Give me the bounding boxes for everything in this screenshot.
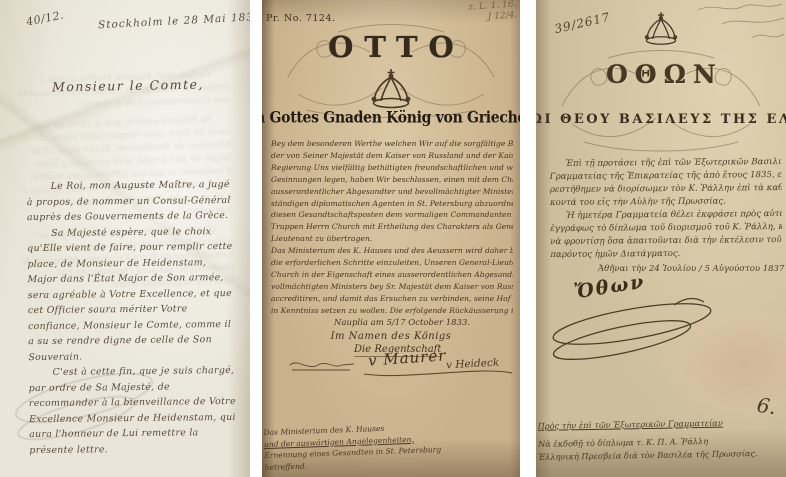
script-line: ρεστήθημεν νὰ διορίσωμεν τὸν Κ. Ῥάλλην ἐ… bbox=[550, 182, 782, 197]
docket-footer: Das Ministerium des K. Hausesund der aus… bbox=[263, 421, 441, 473]
script-line: νὰ φροντίσῃ ὅσα ἀπαιτοῦνται διὰ τὴν ἐκτέ… bbox=[550, 234, 782, 249]
script-line: Regierung Uns vielfältig bethätigten fre… bbox=[271, 162, 513, 174]
ink-margin-mark: 6. bbox=[755, 393, 777, 419]
signature-bleedthrough-flourish bbox=[4, 348, 164, 458]
decree-body: Bey dem besonderen Werthe welchen Wir au… bbox=[271, 138, 513, 317]
signature-flourish-loops bbox=[544, 292, 719, 367]
royal-name-title: OTTO bbox=[262, 30, 520, 64]
archival-ref-number: 40/12. bbox=[25, 8, 65, 28]
archival-ref-number: 39/2617 bbox=[553, 10, 612, 36]
fraktur-heading: on Gottes Gnaden König von Griechen bbox=[262, 109, 520, 127]
script-line: in Kenntniss setzen zu wollen. Die erfol… bbox=[271, 305, 513, 317]
docket-footer: Πρὸς τὴν ἐπὶ τῶν Ἐξωτερικῶν ΓραμματείανΝ… bbox=[538, 416, 758, 464]
script-line: Bey dem besonderen Werthe welchen Wir au… bbox=[271, 138, 513, 150]
docket-line: Ἑλληνικὴ Πρεσβεία διὰ τὸν Βασιλέα τῆς Πρ… bbox=[538, 447, 758, 464]
document-greek-decree: 39/2617 bbox=[536, 0, 786, 477]
greek-royal-style-heading: ΕΩΙ ΘΕΟΥ ΒΑΣΙΛΕΥΣ ΤΗΣ ΕΛΛ bbox=[536, 112, 786, 127]
royal-crown-icon bbox=[636, 8, 686, 48]
script-line: Lieutenant zu übertragen. bbox=[271, 233, 513, 245]
script-line: accreditiren, und damit das Ersuchen zu … bbox=[271, 293, 513, 305]
letter-paragraph: Le Roi, mon Auguste Maître, a jugé à pro… bbox=[27, 177, 235, 226]
script-line: Gesinnungen legen, haben Wir beschlossen… bbox=[271, 174, 513, 186]
registry-annotation: z. L. 1. 16.J 12/4. bbox=[468, 0, 517, 25]
decree-dateline: Nauplia am 5/17 October 1833. bbox=[334, 318, 470, 328]
script-line: Das Ministerium des K. Hauses und des Ae… bbox=[271, 245, 513, 257]
script-line: παρόντος ἡμῶν Διατάγματος. bbox=[550, 247, 782, 262]
countersignature-scribble bbox=[288, 356, 360, 374]
closing-im-namen: Im Namen des Königs bbox=[262, 331, 520, 342]
handwritten-annotation-scribble bbox=[694, 0, 786, 50]
royal-name-title: ΟΘΩΝ bbox=[536, 60, 786, 89]
letter-dateline: Stockholm le 28 Mai 1833. bbox=[98, 11, 250, 32]
script-line: vollmächtigten Ministers bey Sr. Majestä… bbox=[271, 281, 513, 293]
script-line: ständigen diplomatischen Agenten in St. … bbox=[271, 198, 513, 210]
script-line: ausserordentlicher Abgesandter und bevol… bbox=[271, 186, 513, 198]
script-line: Truppen Herrn Church mit Ertheilung des … bbox=[271, 221, 513, 233]
script-line: die erforderlichen Schritte einzuleiten,… bbox=[271, 257, 513, 269]
docket-line: Πρὸς τὴν ἐπὶ τῶν Ἐξωτερικῶν Γραμματείαν bbox=[538, 416, 758, 433]
script-line: der von Seiner Majestät dem Kaiser von R… bbox=[271, 150, 513, 162]
letter-paragraph: Sa Majesté espère, que le choix qu'Elle … bbox=[27, 223, 236, 365]
letter-salutation: Monsieur le Comte, bbox=[52, 77, 204, 95]
document-german-decree: Pr. No. 7124. z. L. 1. 16.J 12/4. OTTO bbox=[262, 0, 520, 477]
decree-body: Ἐπὶ τῇ προτάσει τῆς ἐπὶ τῶν Ἐξωτερικῶν Β… bbox=[550, 156, 783, 262]
document-french-letter: Le Roi, mon Auguste Maître, a jugé à pro… bbox=[0, 0, 250, 477]
royal-crown-icon bbox=[361, 66, 421, 110]
signature-underline-swash bbox=[362, 366, 514, 380]
scanned-documents-collage: Le Roi, mon Auguste Maître, a jugé à pro… bbox=[0, 0, 786, 477]
script-line: diesen Gesandtschaftsposten dem vormalig… bbox=[271, 209, 513, 221]
script-line: Church in der Eigenschaft eines ausseror… bbox=[271, 269, 513, 281]
